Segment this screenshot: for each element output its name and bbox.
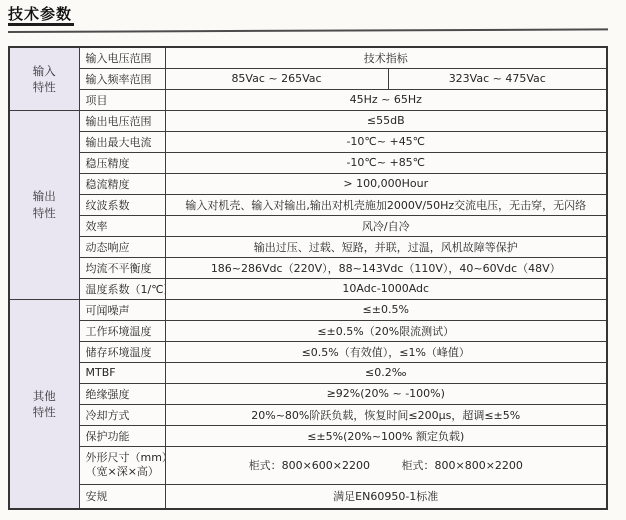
page-title: 技术参数 [8, 3, 72, 24]
value-cell: 186~286Vdc（220V），88~143Vdc（110V），40~60Vd… [165, 257, 607, 278]
group-label-line: 特性 [16, 404, 73, 420]
value-cell: -10℃~ +45℃ [165, 131, 607, 152]
value-cell: ≤55dB [165, 110, 607, 131]
table-row: 稳流精度 > 100,000Hour [9, 173, 607, 194]
param-cell-dimensions: 外形尺寸（mm） （宽×深×高） [79, 446, 165, 484]
table-row: 绝缘强度 ≥92%(20% ~ -100%) [9, 383, 607, 404]
param-cell: 冷却方式 [79, 404, 165, 425]
group-label-line: 输出 [16, 188, 73, 204]
value-cell: > 100,000Hour [165, 173, 607, 194]
value-cell: 风冷/自冷 [165, 215, 607, 236]
table-row: 均流不平衡度 186~286Vdc（220V），88~143Vdc（110V），… [9, 257, 607, 278]
table-row: 安规 满足EN60950-1标准 [9, 484, 607, 509]
table-row: MTBF ≤0.2‰ [9, 362, 607, 383]
param-cell: MTBF [79, 362, 165, 383]
table-row: 储存环境温度 ≤0.5%（有效值），≤1%（峰值） [9, 341, 607, 362]
table-row: 其他 特性 可闻噪声 ≤±0.5% [9, 299, 607, 320]
value-cell: ≤0.5%（有效值），≤1%（峰值） [165, 341, 607, 362]
title-underline [8, 28, 608, 33]
value-cell: ≤0.2‰ [165, 362, 607, 383]
value-cell: 85Vac ~ 265Vac [165, 68, 388, 89]
group-label-line: 特性 [16, 79, 73, 95]
table-row: 冷却方式 20%~80%阶跃负载，恢复时间≤200μs，超调≤±5% [9, 404, 607, 425]
param-cell: 绝缘强度 [79, 383, 165, 404]
group-label-line: 其他 [16, 388, 73, 404]
table-row: 外形尺寸（mm） （宽×深×高） 柜式：800×600×2200 柜式：800×… [9, 446, 607, 484]
param-cell: 稳压精度 [79, 152, 165, 173]
param-cell: 纹波系数 [79, 194, 165, 215]
value-cell: 输入对机壳、输入对输出,输出对机壳施加2000V/50Hz交流电压，无击穿，无闪… [165, 194, 607, 215]
value-cell: 技术指标 [165, 47, 607, 68]
group-cell-output: 输出 特性 [9, 110, 79, 299]
param-cell: 可闻噪声 [79, 299, 165, 320]
param-cell: 输入频率范围 [79, 68, 165, 89]
table-row: 输出最大电流 -10℃~ +45℃ [9, 131, 607, 152]
table-row: 输入 特性 输入电压范围 技术指标 [9, 47, 607, 68]
group-cell-other: 其他 特性 [9, 299, 79, 509]
table-row: 项目 45Hz ~ 65Hz [9, 89, 607, 110]
table-row: 输出 特性 输出电压范围 ≤55dB [9, 110, 607, 131]
value-cell: 10Adc-1000Adc [165, 278, 607, 299]
table-row: 效率 风冷/自冷 [9, 215, 607, 236]
table-row: 温度系数（1/℃） 10Adc-1000Adc [9, 278, 607, 299]
value-cell: 20%~80%阶跃负载，恢复时间≤200μs，超调≤±5% [165, 404, 607, 425]
scanned-spec-page: 技术参数 输入 特性 输入电压范围 技术指标 输入频率范围 85Vac ~ 26… [0, 0, 626, 520]
dimension-value: 柜式：800×600×2200 [249, 457, 370, 473]
table-row: 工作环境温度 ≤±0.5%（20%限流测试） [9, 320, 607, 341]
param-cell: 均流不平衡度 [79, 257, 165, 278]
param-cell: 工作环境温度 [79, 320, 165, 341]
param-cell: 储存环境温度 [79, 341, 165, 362]
param-cell: 保护功能 [79, 425, 165, 446]
value-cell: ≤±0.5% [165, 299, 607, 320]
table-row: 纹波系数 输入对机壳、输入对输出,输出对机壳施加2000V/50Hz交流电压，无… [9, 194, 607, 215]
value-cell: -10℃~ +85℃ [165, 152, 607, 173]
value-cell: ≥92%(20% ~ -100%) [165, 383, 607, 404]
spec-table: 输入 特性 输入电压范围 技术指标 输入频率范围 85Vac ~ 265Vac … [8, 46, 608, 510]
param-cell: 输入电压范围 [79, 47, 165, 68]
dimension-value: 柜式：800×800×2200 [402, 457, 523, 473]
value-cell: 输出过压、过载、短路，并联，过温，风机故障等保护 [165, 236, 607, 257]
value-cell: 满足EN60950-1标准 [165, 484, 607, 509]
param-cell: 输出最大电流 [79, 131, 165, 152]
table-row: 动态响应 输出过压、过载、短路，并联，过温，风机故障等保护 [9, 236, 607, 257]
param-cell: 项目 [79, 89, 165, 110]
group-cell-input: 输入 特性 [9, 47, 79, 110]
table-row: 稳压精度 -10℃~ +85℃ [9, 152, 607, 173]
table-row: 保护功能 ≤±5%(20%~100% 额定负载) [9, 425, 607, 446]
table-row: 输入频率范围 85Vac ~ 265Vac 323Vac ~ 475Vac [9, 68, 607, 89]
param-label-line: 外形尺寸（mm） [86, 451, 159, 465]
param-cell: 动态响应 [79, 236, 165, 257]
group-label-line: 输入 [16, 63, 73, 79]
param-cell: 效率 [79, 215, 165, 236]
param-cell: 稳流精度 [79, 173, 165, 194]
param-cell: 安规 [79, 484, 165, 509]
value-cell: 323Vac ~ 475Vac [388, 68, 607, 89]
param-label-line: （宽×深×高） [86, 465, 159, 479]
value-cell-dimensions: 柜式：800×600×2200 柜式：800×800×2200 [165, 446, 607, 484]
value-cell: ≤±0.5%（20%限流测试） [165, 320, 607, 341]
param-cell: 温度系数（1/℃） [79, 278, 165, 299]
title-underline-thick [8, 23, 74, 26]
value-cell: ≤±5%(20%~100% 额定负载) [165, 425, 607, 446]
value-cell: 45Hz ~ 65Hz [165, 89, 607, 110]
param-cell: 输出电压范围 [79, 110, 165, 131]
group-label-line: 特性 [16, 205, 73, 221]
